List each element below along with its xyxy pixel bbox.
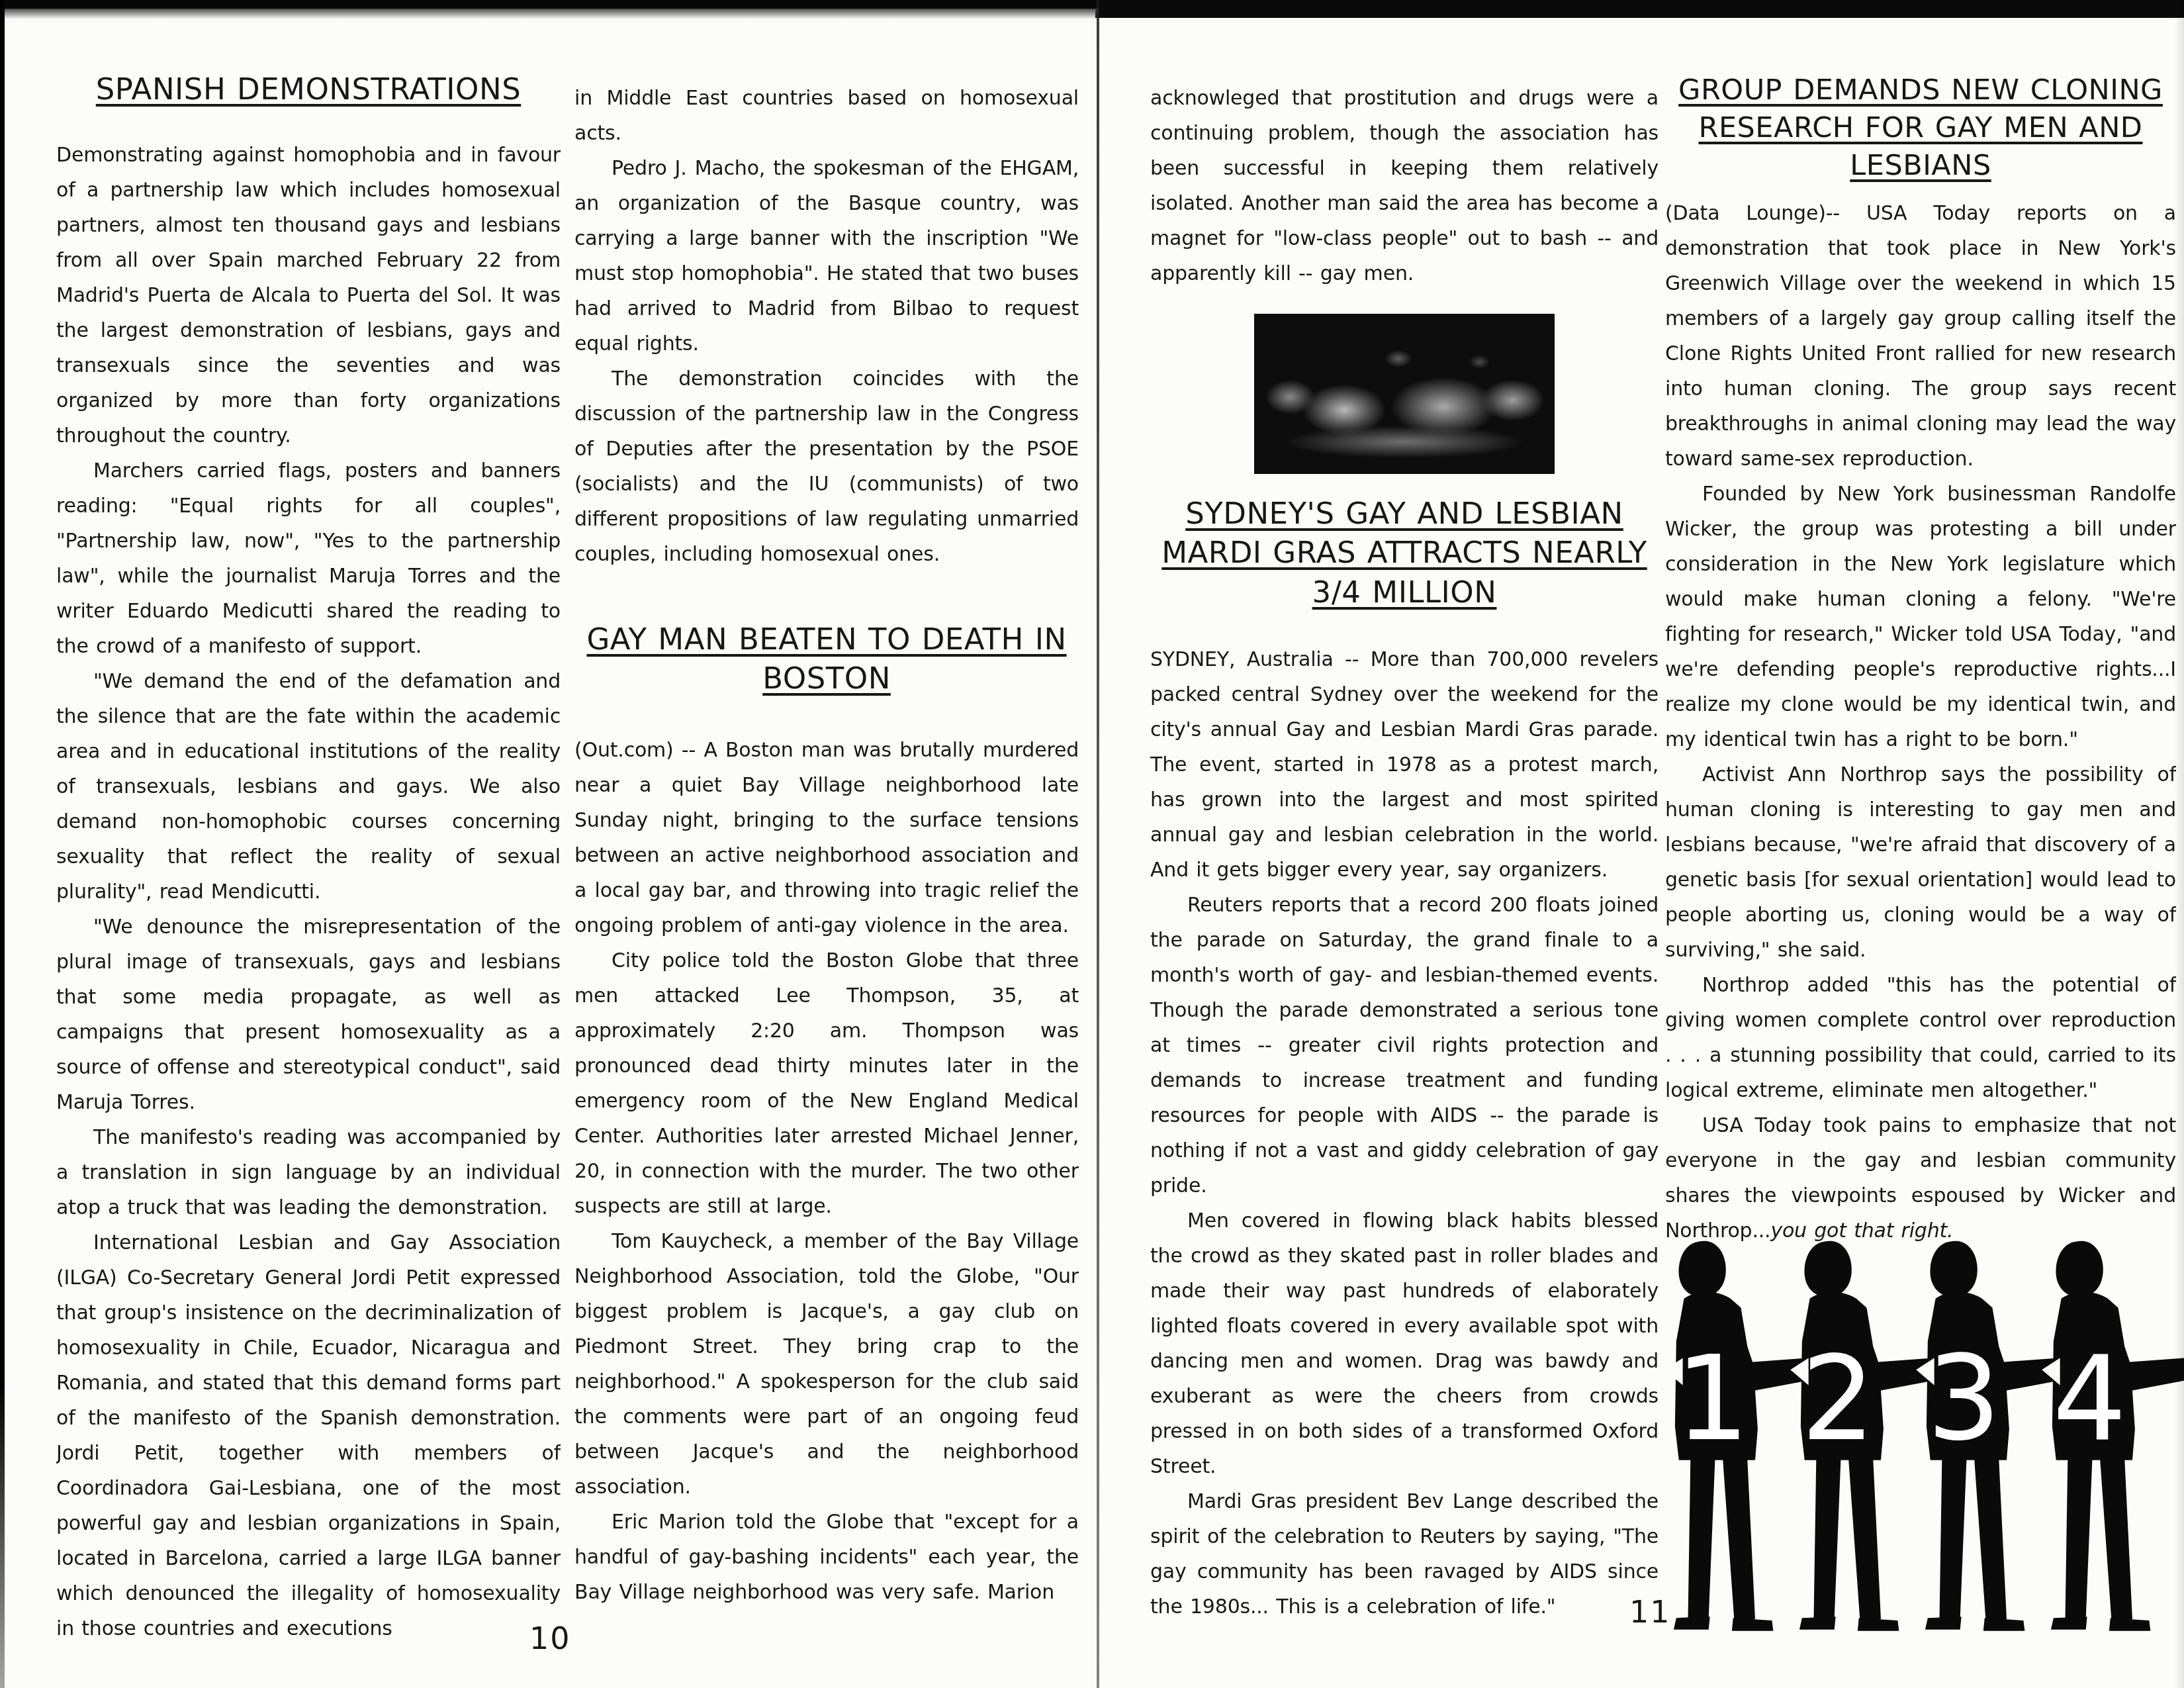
paragraph: "We denounce the misrepresentation of th… (56, 910, 561, 1120)
numbered-silhouettes-illustration: 1 2 3 (1643, 1235, 2184, 1654)
silhouette-number: 2 (1801, 1332, 1876, 1467)
paragraph: USA Today took pains to emphasize that n… (1665, 1108, 2176, 1248)
paragraph: (Out.com) -- A Boston man was brutally m… (574, 733, 1079, 943)
paragraph: SYDNEY, Australia -- More than 700,000 r… (1150, 642, 1659, 888)
scan-top-edge-shadow (0, 9, 1099, 19)
scan-left-edge-line (0, 0, 5, 1688)
page-number-left: 10 (529, 1620, 571, 1656)
silhouette-man-figure-4: 4 (2020, 1235, 2184, 1649)
paragraph: Demonstrating against homophobia and in … (56, 138, 561, 453)
paragraph: Founded by New York businessman Randolfe… (1665, 477, 2176, 757)
paragraph: Pedro J. Macho, the spokesman of the EHG… (574, 151, 1079, 361)
paragraph: Mardi Gras president Bev Lange described… (1150, 1484, 1659, 1624)
halftone-photo (1254, 314, 1555, 474)
right-page-column-1: acknowleged that prostitution and drugs … (1150, 81, 1659, 1663)
silhouette-number: 3 (1927, 1332, 2001, 1467)
article-heading-cloning-research: GROUP DEMANDS NEW CLONING RESEARCH FOR G… (1669, 71, 2172, 184)
paragraph: City police told the Boston Globe that t… (574, 943, 1079, 1224)
paragraph: Tom Kauycheck, a member of the Bay Villa… (574, 1224, 1079, 1505)
page-gutter-fold-line (1097, 0, 1099, 1688)
article-heading-sydney-mardi-gras: SYDNEY'S GAY AND LESBIAN MARDI GRAS ATTR… (1154, 494, 1655, 612)
left-page-column-1: SPANISH DEMONSTRATIONS Demonstrating aga… (56, 70, 561, 1638)
article-heading-spanish-demonstrations: SPANISH DEMONSTRATIONS (60, 70, 557, 109)
scanned-newsletter-spread: SPANISH DEMONSTRATIONS Demonstrating aga… (0, 0, 2184, 1688)
left-page-column-2: in Middle East countries based on homose… (574, 81, 1079, 1656)
paragraph-continuation: acknowleged that prostitution and drugs … (1150, 81, 1659, 291)
paragraph: Reuters reports that a record 200 floats… (1150, 888, 1659, 1203)
article-heading-gay-man-beaten: GAY MAN BEATEN TO DEATH IN BOSTON (578, 620, 1075, 698)
page-number-right: 11 (1629, 1594, 1671, 1630)
paragraph: (Data Lounge)-- USA Today reports on a d… (1665, 196, 2176, 477)
paragraph: Activist Ann Northrop says the possibili… (1665, 757, 2176, 968)
paragraph: Men covered in flowing black habits bles… (1150, 1203, 1659, 1484)
paragraph: Eric Marion told the Globe that "except … (574, 1505, 1079, 1610)
paragraph: "We demand the end of the defamation and… (56, 664, 561, 910)
silhouette-number: 1 (1676, 1332, 1750, 1467)
scan-top-edge-right (1095, 0, 2184, 18)
paragraph: Northrop added "this has the potential o… (1665, 968, 2176, 1108)
right-page-column-2: GROUP DEMANDS NEW CLONING RESEARCH FOR G… (1665, 71, 2176, 1303)
silhouette-number: 4 (2053, 1332, 2127, 1467)
paragraph-continuation: in Middle East countries based on homose… (574, 81, 1079, 151)
paragraph: Marchers carried flags, posters and bann… (56, 453, 561, 664)
paragraph: International Lesbian and Gay Associatio… (56, 1225, 561, 1638)
paragraph: The manifesto's reading was accompanied … (56, 1120, 561, 1225)
paragraph: The demonstration coincides with the dis… (574, 361, 1079, 572)
